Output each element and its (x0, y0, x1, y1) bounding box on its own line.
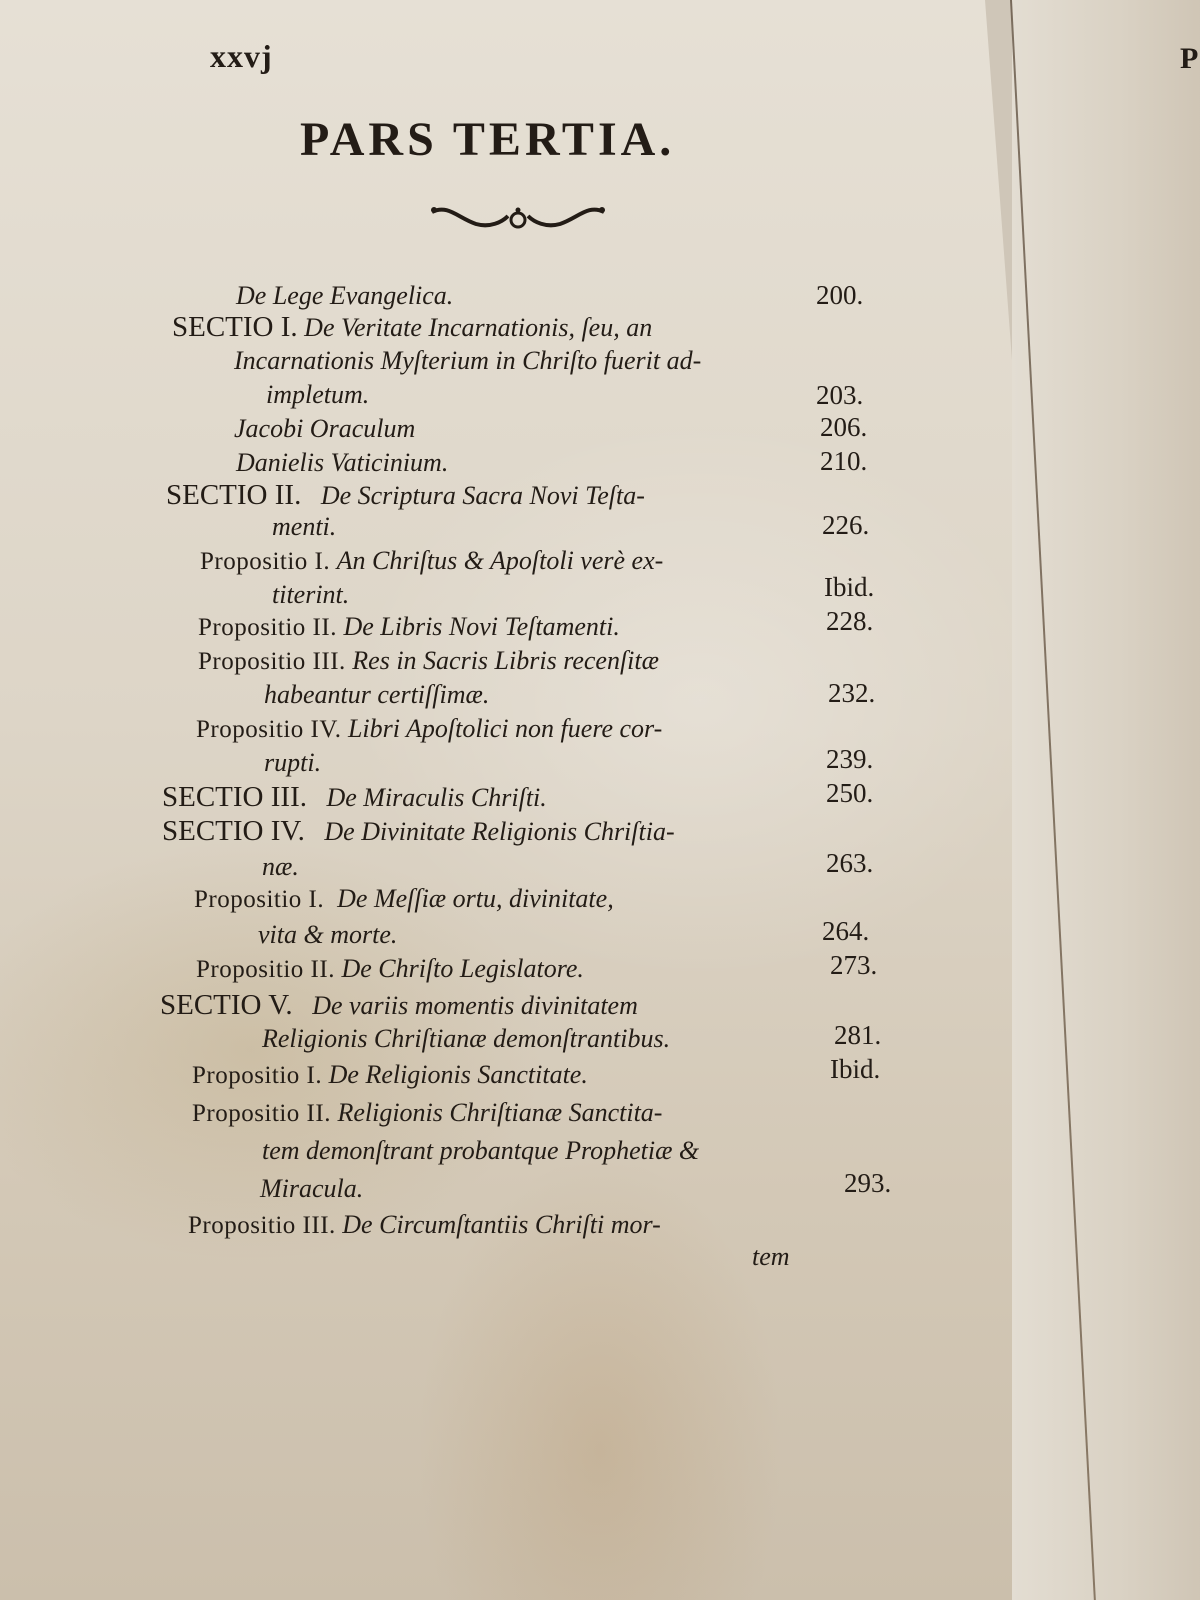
toc-entry: Propositio IV. Libri Apoſtolici non fuer… (196, 714, 662, 745)
page-folio: xxvj (210, 38, 273, 75)
toc-entry: SECTIO I. De Veritate Incarnationis, ſeu… (172, 312, 652, 343)
toc-page-number: 210. (820, 446, 867, 476)
toc-page-number: 263. (826, 848, 873, 878)
toc-entry: rupti. (264, 748, 321, 778)
toc-entry: Propositio III. De Circumſtantiis Chriſt… (188, 1210, 661, 1241)
toc-page-number: 293. (844, 1168, 891, 1198)
toc-entry: Danielis Vaticinium. (236, 448, 448, 478)
toc-entry: habeantur certiſſimæ. (264, 680, 489, 710)
toc-entry: Propositio II. Religionis Chriſtianæ San… (192, 1098, 662, 1129)
toc-page-number: 200. (816, 280, 863, 310)
toc-page-number: Ibid. (824, 572, 874, 602)
toc-page-number: 226. (822, 510, 869, 540)
toc-entry: impletum. (266, 380, 369, 410)
toc-entry: Religionis Chriſtianæ demonſtrantibus. (262, 1024, 670, 1054)
toc-page-number: 281. (834, 1020, 881, 1050)
toc-page-number: 264. (822, 916, 869, 946)
toc-entry: Propositio I. De Meſſiæ ortu, divinitate… (194, 884, 614, 915)
toc-entry: menti. (272, 512, 336, 542)
toc-page-number: 273. (830, 950, 877, 980)
toc-entry: Propositio III. Res in Sacris Libris rec… (198, 646, 659, 677)
toc-page-number: 203. (816, 380, 863, 410)
right-page (1012, 0, 1200, 1600)
toc-page-number: 250. (826, 778, 873, 808)
toc-entry: vita & morte. (258, 920, 397, 950)
toc-entry: SECTIO II. De Scriptura Sacra Novi Teſta… (166, 480, 645, 511)
toc-page-number: Ibid. (830, 1054, 880, 1084)
toc-entry: titerint. (272, 580, 349, 610)
toc-entry: tem (752, 1242, 790, 1272)
toc-entry: tem demonſtrant probantque Prophetiæ & (262, 1136, 699, 1166)
toc-entry: Incarnationis Myſterium in Chriſto fueri… (234, 346, 701, 376)
toc-entry: Propositio II. De Libris Novi Teſtamenti… (198, 612, 620, 643)
toc-entry: Jacobi Oraculum (234, 414, 415, 444)
toc-page-number: 228. (826, 606, 873, 636)
toc-page-number: 206. (820, 412, 867, 442)
toc-entry: Propositio II. De Chriſto Legislatore. (196, 954, 584, 985)
toc-entry: næ. (262, 852, 299, 882)
toc-entry: Propositio I. An Chriſtus & Apoſtoli ver… (200, 546, 663, 577)
toc-entry: SECTIO V. De variis momentis divinitatem (160, 990, 638, 1021)
toc-entry: Miracula. (260, 1174, 363, 1204)
toc-page-number: 239. (826, 744, 873, 774)
toc-entry: Propositio I. De Religionis Sanctitate. (192, 1060, 588, 1091)
toc-entry: SECTIO III. De Miraculis Chriſti. (162, 782, 547, 813)
right-page-fragment: P (1180, 42, 1198, 76)
toc-page-number: 232. (828, 678, 875, 708)
toc-entry: De Lege Evangelica. (236, 280, 453, 311)
toc-entry: SECTIO IV. De Divinitate Religionis Chri… (162, 816, 675, 847)
ornament-icon (428, 198, 608, 238)
page-title: PARS TERTIA. (300, 112, 675, 167)
